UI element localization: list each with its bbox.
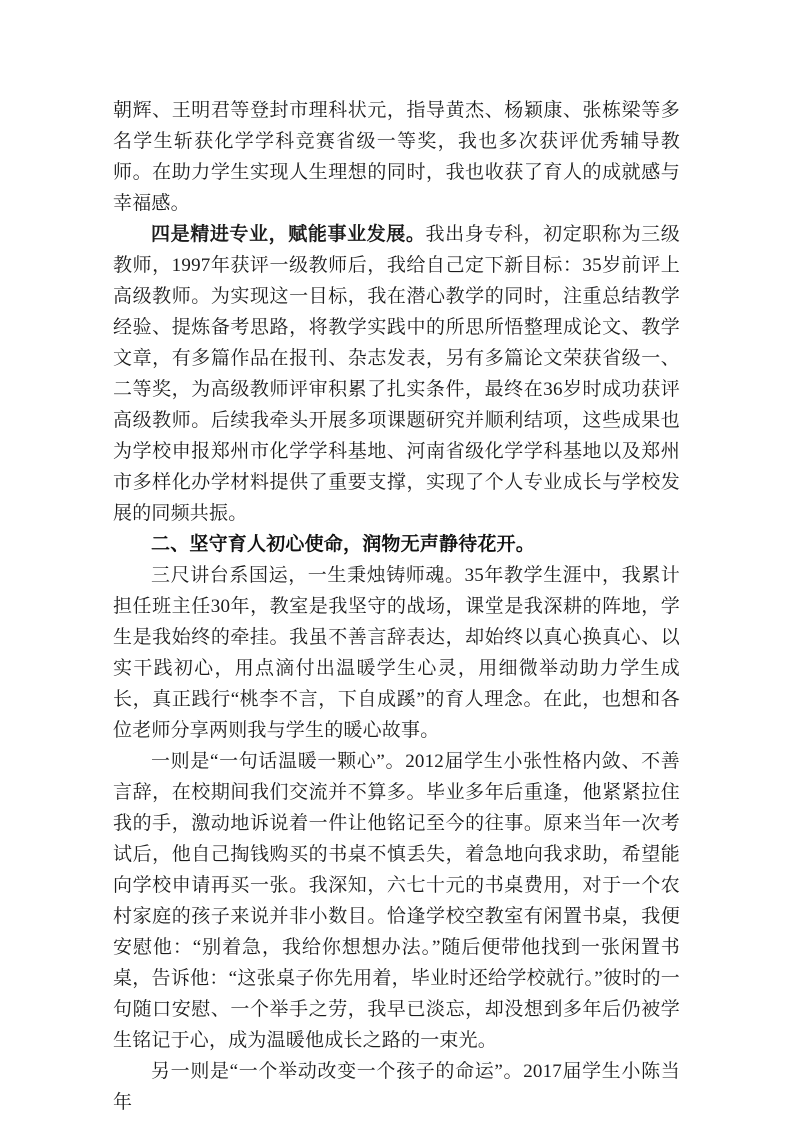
paragraph-point-four: 四是精进专业，赋能事业发展。我出身专科，初定职称为三级教师，1997年获评一级教… [113,219,680,529]
paragraph-bold-lead: 四是精进专业，赋能事业发展。 [151,224,426,245]
paragraph-text: 朝辉、王明君等登封市理科状元，指导黄杰、杨颖康、张栋梁等多名学生斩获化学学科竞赛… [113,100,680,214]
paragraph-text: 另一则是“一个举动改变一个孩子的命运”。2017届学生小陈当年 [113,1061,680,1113]
section-heading-text: 二、坚守育人初心使命，润物无声静待花开。 [151,534,535,555]
section-heading-two: 二、坚守育人初心使命，润物无声静待花开。 [113,529,680,560]
document-page: 朝辉、王明君等登封市理科状元，指导黄杰、杨颖康、张栋梁等多名学生斩获化学学科竞赛… [0,0,793,1122]
paragraph-text: 一则是“一句话温暖一颗心”。2012届学生小张性格内敛、不善言辞，在校期间我们交… [113,751,680,1051]
paragraph-continuation: 朝辉、王明君等登封市理科状元，指导黄杰、杨颖康、张栋梁等多名学生斩获化学学科竞赛… [113,95,680,219]
paragraph-story-two: 另一则是“一个举动改变一个孩子的命运”。2017届学生小陈当年 [113,1056,680,1118]
paragraph-text: 我出身专科，初定职称为三级教师，1997年获评一级教师后，我给自己定下新目标：3… [113,224,680,524]
paragraph-teaching-career: 三尺讲台系国运，一生秉烛铸师魂。35年教学生涯中，我累计担任班主任30年，教室是… [113,560,680,746]
paragraph-story-one: 一则是“一句话温暖一颗心”。2012届学生小张性格内敛、不善言辞，在校期间我们交… [113,746,680,1056]
paragraph-text: 三尺讲台系国运，一生秉烛铸师魂。35年教学生涯中，我累计担任班主任30年，教室是… [113,565,680,741]
